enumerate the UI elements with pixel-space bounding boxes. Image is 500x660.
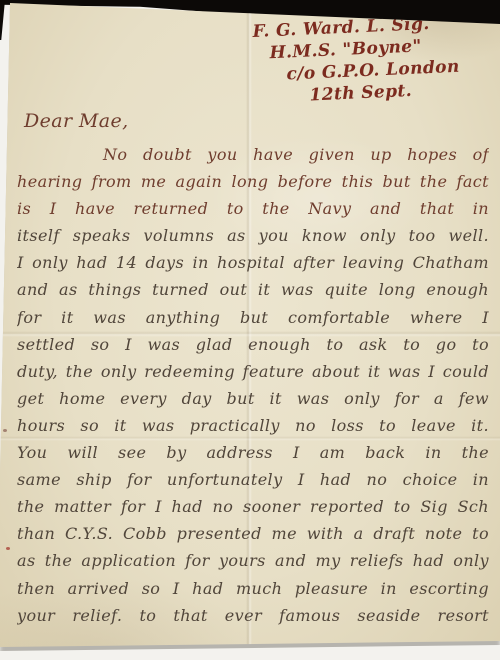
body-line: is I have returned to the Navy and that … [17, 195, 489, 222]
salutation: Dear Mae, [24, 110, 129, 132]
body-line: your relief. to that ever famous seaside… [17, 602, 489, 629]
body-line: same ship for unfortunately I had no cho… [17, 466, 489, 493]
ink-speck [3, 429, 7, 432]
scan-background-corner [0, 0, 5, 40]
body-line: than C.Y.S. Cobb presented me with a dra… [17, 520, 489, 547]
letter-body: No doubt you have given up hopes of hear… [17, 141, 489, 629]
body-line: hours so it was practically no loss to l… [17, 412, 489, 439]
body-line: and as things turned out it was quite lo… [17, 276, 489, 303]
body-line: No doubt you have given up hopes of [17, 141, 489, 168]
letter-paper: F. G. Ward. L. Sig. H.M.S. "Boyne" c/o G… [0, 0, 500, 660]
body-line: as the application for yours and my reli… [17, 547, 489, 574]
body-line: You will see by address I am back in the [17, 439, 489, 466]
body-line: the matter for I had no sooner reported … [17, 493, 489, 520]
sender-address-block: F. G. Ward. L. Sig. H.M.S. "Boyne" c/o G… [248, 11, 480, 109]
ink-speck [6, 547, 10, 550]
body-line: itself speaks volumns as you know only t… [17, 222, 489, 249]
body-line: get home every day but it was only for a… [17, 385, 489, 412]
body-line: for it was anything but comfortable wher… [17, 304, 489, 331]
body-line: duty, the only redeeming feature about i… [17, 358, 489, 385]
body-line: settled so I was glad enough to ask to g… [17, 331, 489, 358]
scanned-letter-photo: F. G. Ward. L. Sig. H.M.S. "Boyne" c/o G… [0, 0, 500, 660]
body-line: I only had 14 days in hospital after lea… [17, 249, 489, 276]
body-line: then arrived so I had much pleasure in e… [17, 575, 489, 602]
body-line: hearing from me again long before this b… [17, 168, 489, 195]
